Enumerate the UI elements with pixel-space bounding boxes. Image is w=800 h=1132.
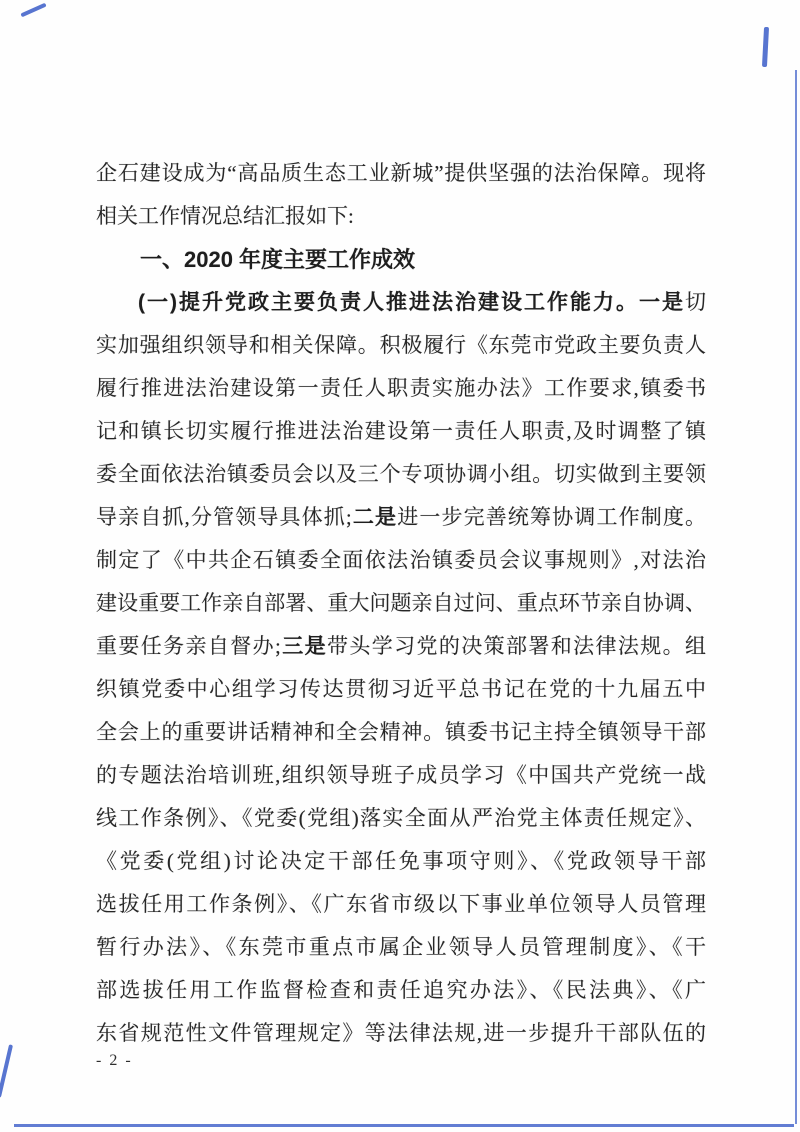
text-line: 全会上的重要讲话精神和全会精神。镇委书记主持全镇领导干部	[96, 711, 706, 754]
text-segment: 《党委(党组)讨论决定干部任免事项守则》、《党政领导干部	[96, 849, 706, 873]
text-segment: 的专题法治培训班,组织领导班子成员学习《中国共产党统一战	[96, 763, 706, 787]
text-segment: 部选拔任用工作监督检查和责任追究办法》、《民法典》、《广	[96, 978, 706, 1002]
text-line: 委全面依法治镇委员会以及三个专项协调小组。切实做到主要领	[96, 453, 706, 496]
scan-artifact-bottom-left	[0, 1044, 13, 1098]
scan-artifact-top-right	[762, 27, 769, 67]
text-line: 选拔任用工作条例》、《广东省市级以下事业单位领导人员管理	[96, 883, 706, 926]
text-line: 企石建设成为“高品质生态工业新城”提供坚强的法治保障。现将	[96, 152, 706, 195]
text-line: 部选拔任用工作监督检查和责任追究办法》、《民法典》、《广	[96, 969, 706, 1012]
text-line: 东省规范性文件管理规定》等法律法规,进一步提升干部队伍的	[96, 1012, 706, 1055]
text-segment: 实加强组织领导和相关保障。积极履行《东莞市党政主要负责人	[96, 333, 706, 357]
scanned-document-page: 企石建设成为“高品质生态工业新城”提供坚强的法治保障。现将相关工作情况总结汇报如…	[0, 0, 800, 1132]
bold-text-segment: 一、2020 年度主要工作成效	[140, 247, 415, 272]
text-segment: 建设重要工作亲自部署、重大问题亲自过问、重点环节亲自协调、	[96, 591, 706, 615]
text-segment: 东省规范性文件管理规定》等法律法规,进一步提升干部队伍的	[96, 1021, 706, 1045]
text-segment: 导亲自抓,分管领导具体抓;	[96, 505, 352, 529]
text-line: 实加强组织领导和相关保障。积极履行《东莞市党政主要负责人	[96, 324, 706, 367]
text-line: 导亲自抓,分管领导具体抓;二是进一步完善统筹协调工作制度。	[96, 496, 706, 539]
bold-text-segment: 二是	[352, 506, 397, 529]
text-segment: 相关工作情况总结汇报如下:	[96, 204, 354, 228]
text-line: 相关工作情况总结汇报如下:	[96, 195, 706, 238]
text-segment: 进一步完善统筹协调工作制度。	[397, 505, 706, 529]
text-line: 制定了《中共企石镇委全面依法治镇委员会议事规则》,对法治	[96, 539, 706, 582]
text-line: 记和镇长切实履行推进法治建设第一责任人职责,及时调整了镇	[96, 410, 706, 453]
text-line: (一)提升党政主要负责人推进法治建设工作能力。一是切	[96, 281, 706, 324]
text-line: 重要任务亲自督办;三是带头学习党的决策部署和法律法规。组	[96, 625, 706, 668]
text-segment: 履行推进法治建设第一责任人职责实施办法》工作要求,镇委书	[96, 376, 706, 400]
text-segment: 企石建设成为“高品质生态工业新城”提供坚强的法治保障。现将	[96, 161, 706, 185]
text-segment: 带头学习党的决策部署和法律法规。组	[327, 634, 706, 658]
text-line: 建设重要工作亲自部署、重大问题亲自过问、重点环节亲自协调、	[96, 582, 706, 625]
text-line: 织镇党委中心组学习传达贯彻习近平总书记在党的十九届五中	[96, 668, 706, 711]
page-number: - 2 -	[96, 1052, 133, 1070]
text-segment: 暂行办法》、《东莞市重点市属企业领导人员管理制度》、《干	[96, 935, 706, 959]
text-segment: 全会上的重要讲话精神和全会精神。镇委书记主持全镇领导干部	[96, 720, 706, 744]
text-segment: 选拔任用工作条例》、《广东省市级以下事业单位领导人员管理	[96, 892, 706, 916]
text-line: 线工作条例》、《党委(党组)落实全面从严治党主体责任规定》、	[96, 797, 706, 840]
text-line: 暂行办法》、《东莞市重点市属企业领导人员管理制度》、《干	[96, 926, 706, 969]
scan-artifact-bottom-edge	[14, 1124, 794, 1127]
text-segment: 记和镇长切实履行推进法治建设第一责任人职责,及时调整了镇	[96, 419, 706, 443]
text-line: 《党委(党组)讨论决定干部任免事项守则》、《党政领导干部	[96, 840, 706, 883]
text-line: 履行推进法治建设第一责任人职责实施办法》工作要求,镇委书	[96, 367, 706, 410]
bold-text-segment: (一)提升党政主要负责人推进法治建设工作能力。一是	[138, 291, 685, 314]
text-segment: 委全面依法治镇委员会以及三个专项协调小组。切实做到主要领	[96, 462, 706, 486]
section-heading: 一、2020 年度主要工作成效	[96, 238, 706, 281]
text-segment: 切	[685, 290, 706, 314]
document-body: 企石建设成为“高品质生态工业新城”提供坚强的法治保障。现将相关工作情况总结汇报如…	[96, 152, 706, 1055]
bold-text-segment: 三是	[281, 635, 327, 658]
text-segment: 线工作条例》、《党委(党组)落实全面从严治党主体责任规定》、	[96, 806, 706, 830]
text-segment: 制定了《中共企石镇委全面依法治镇委员会议事规则》,对法治	[96, 548, 706, 572]
text-segment: 织镇党委中心组学习传达贯彻习近平总书记在党的十九届五中	[96, 677, 706, 701]
scan-artifact-top-left	[20, 3, 46, 18]
text-line: 的专题法治培训班,组织领导班子成员学习《中国共产党统一战	[96, 754, 706, 797]
text-segment: 重要任务亲自督办;	[96, 634, 281, 658]
scan-artifact-right-edge	[795, 70, 797, 1124]
